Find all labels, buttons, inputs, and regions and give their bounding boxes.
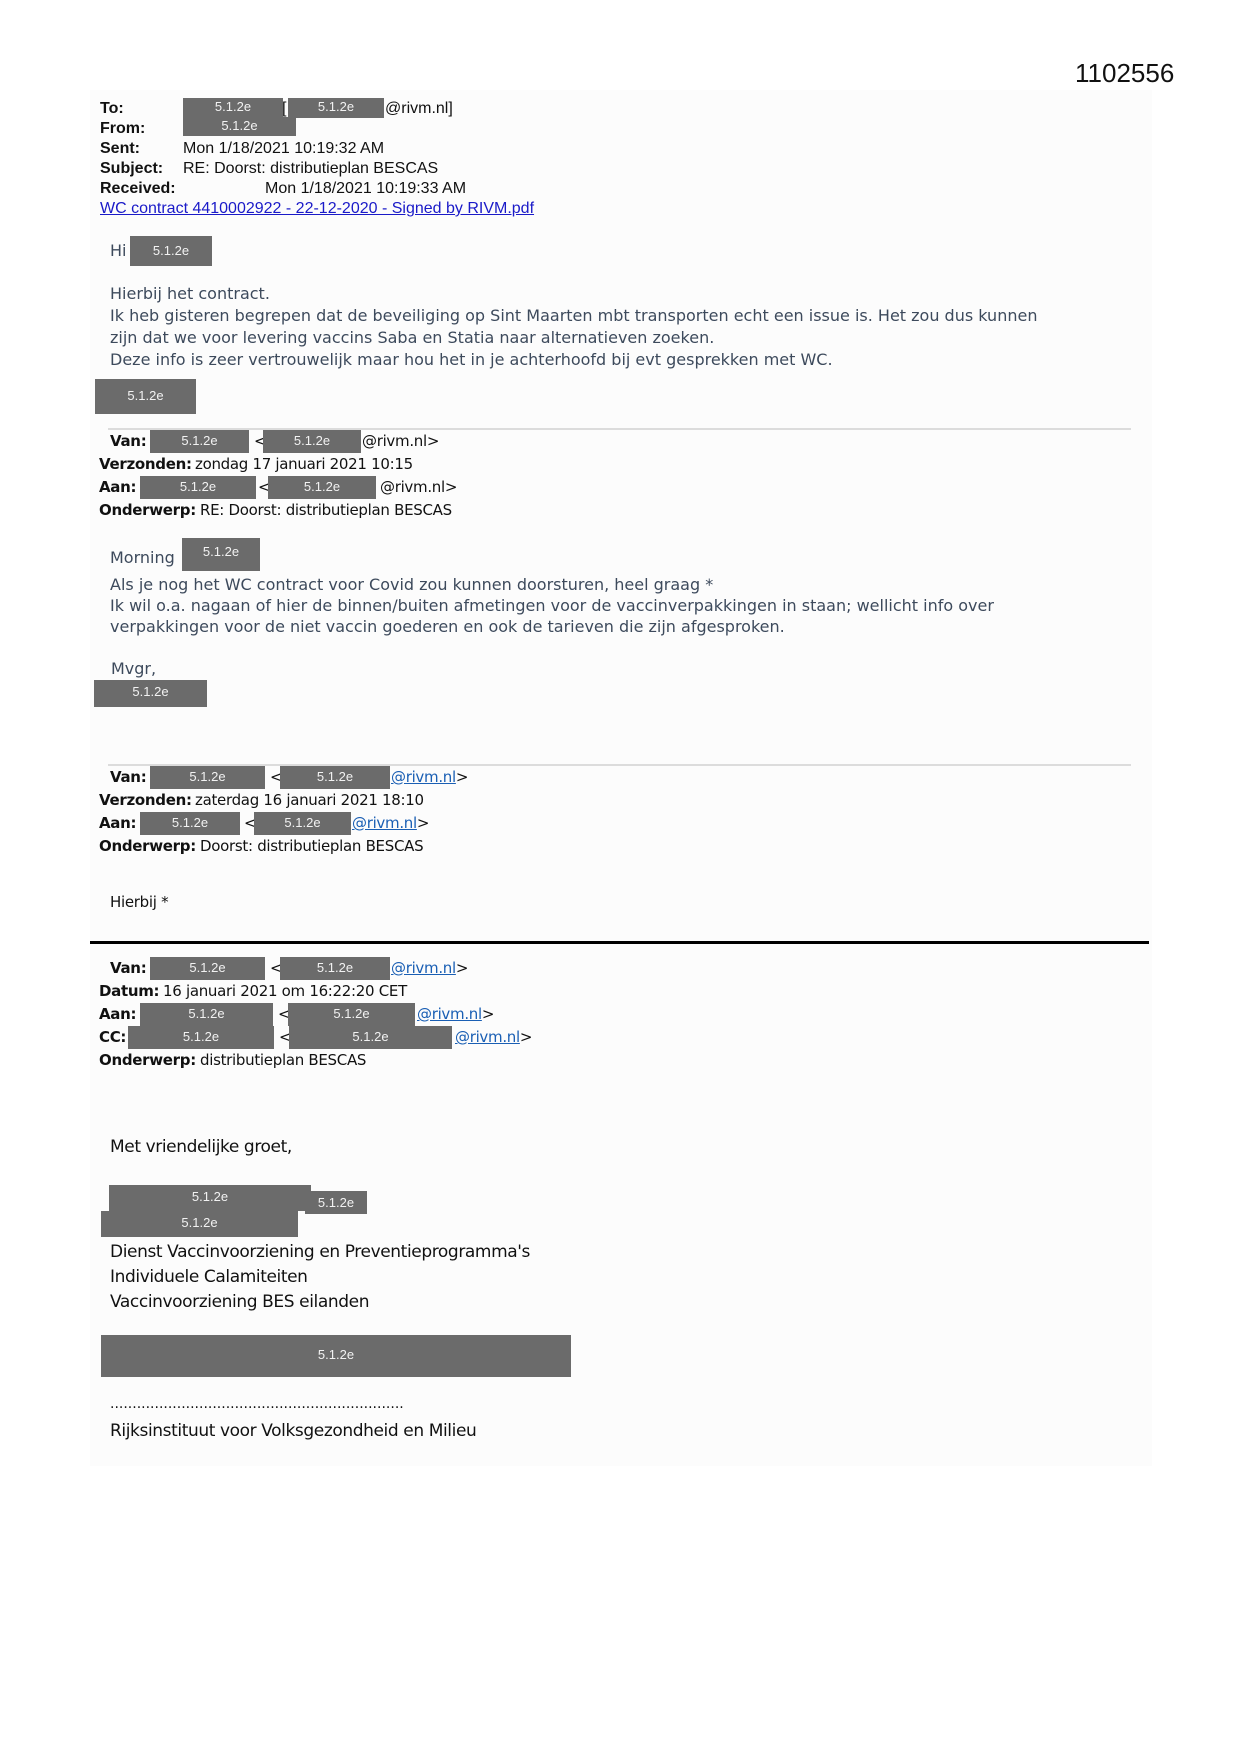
onderwerp-value: RE: Doorst: distributieplan BESCAS	[200, 501, 452, 519]
message-3-body: Hierbij *	[110, 893, 168, 911]
verzonden-value: zaterdag 16 januari 2021 18:10	[195, 791, 424, 809]
received-label: Received:	[100, 180, 176, 198]
aan-label: Aan:	[99, 478, 136, 496]
redaction: 5.1.2e	[288, 1003, 415, 1026]
onderwerp-value: distributieplan BESCAS	[200, 1051, 366, 1069]
subject-label: Subject:	[100, 160, 163, 178]
redaction: 5.1.2e	[183, 117, 296, 136]
cc-label: CC:	[99, 1028, 126, 1046]
redaction: 5.1.2e	[182, 538, 260, 571]
subject-value: RE: Doorst: distributieplan BESCAS	[183, 160, 438, 178]
redaction: 5.1.2e	[140, 1003, 273, 1026]
greeting: Morning	[110, 548, 175, 567]
from-label: From:	[100, 120, 145, 138]
greeting: Hi	[110, 241, 126, 260]
message-body: Als je nog het WC contract voor Covid zo…	[110, 574, 994, 637]
gt-sign: >	[456, 768, 468, 786]
closing: Met vriendelijke groet,	[110, 1137, 292, 1157]
body-line: Hierbij het contract.	[110, 283, 1037, 305]
redaction: 5.1.2e	[305, 1191, 367, 1214]
body-line: Ik wil o.a. nagaan of hier de binnen/bui…	[110, 595, 994, 616]
redaction: 5.1.2e	[268, 476, 376, 499]
message-body: Hierbij het contract. Ik heb gisteren be…	[110, 283, 1037, 371]
received-value: Mon 1/18/2021 10:19:33 AM	[265, 180, 466, 198]
onderwerp-value: Doorst: distributieplan BESCAS	[200, 837, 423, 855]
signature-lines: Dienst Vaccinvoorziening en Preventiepro…	[110, 1240, 530, 1315]
redaction: 5.1.2e	[101, 1211, 298, 1237]
redaction: 5.1.2e	[150, 957, 265, 980]
to-label: To:	[100, 100, 124, 118]
closing: Mvgr,	[111, 659, 156, 678]
email-address: @rivm.nl>	[417, 1005, 494, 1023]
email-link[interactable]: @rivm.nl	[391, 768, 456, 786]
redaction: 5.1.2e	[289, 1026, 452, 1049]
divider	[108, 428, 1131, 430]
email-address: @rivm.nl>	[455, 1028, 532, 1046]
aan-label: Aan:	[99, 814, 136, 832]
email-link[interactable]: @rivm.nl	[352, 814, 417, 832]
redaction: 5.1.2e	[183, 98, 283, 118]
attachment-link[interactable]: WC contract 4410002922 - 22-12-2020 - Si…	[100, 200, 534, 218]
onderwerp-label: Onderwerp:	[99, 1051, 196, 1069]
body-line: Ik heb gisteren begrepen dat de beveilig…	[110, 305, 1037, 327]
redaction: 5.1.2e	[288, 98, 384, 118]
email-address: @rivm.nl>	[391, 768, 468, 786]
redaction: 5.1.2e	[109, 1185, 311, 1211]
gt-sign: >	[482, 1005, 494, 1023]
organisation-name: Rijksinstituut voor Volksgezondheid en M…	[110, 1421, 476, 1441]
redaction: 5.1.2e	[150, 766, 265, 789]
onderwerp-label: Onderwerp:	[99, 501, 196, 519]
email-link[interactable]: @rivm.nl	[391, 959, 456, 977]
gt-sign: >	[520, 1028, 532, 1046]
body-line: Deze info is zeer vertrouwelijk maar hou…	[110, 349, 1037, 371]
verzonden-label: Verzonden:	[99, 455, 192, 473]
gt-sign: >	[456, 959, 468, 977]
body-line: Als je nog het WC contract voor Covid zo…	[110, 574, 994, 595]
to-email-suffix: @rivm.nl]	[385, 100, 453, 118]
redaction: 5.1.2e	[130, 236, 212, 266]
email-suffix: @rivm.nl>	[362, 432, 439, 450]
signature-redaction: 5.1.2e	[94, 680, 207, 707]
to-bracket: [	[282, 100, 286, 118]
email-link[interactable]: @rivm.nl	[417, 1005, 482, 1023]
redaction: 5.1.2e	[263, 430, 361, 453]
redaction: 5.1.2e	[254, 812, 351, 835]
email-address: @rivm.nl>	[391, 959, 468, 977]
thick-divider	[90, 941, 1149, 944]
signature-line: Individuele Calamiteiten	[110, 1265, 530, 1290]
redaction: 5.1.2e	[150, 430, 249, 453]
datum-value: 16 januari 2021 om 16:22:20 CET	[163, 982, 407, 1000]
onderwerp-label: Onderwerp:	[99, 837, 196, 855]
sent-value: Mon 1/18/2021 10:19:32 AM	[183, 140, 384, 158]
signature-line: Dienst Vaccinvoorziening en Preventiepro…	[110, 1240, 530, 1265]
aan-label: Aan:	[99, 1005, 136, 1023]
gt-sign: >	[417, 814, 429, 832]
document-number: 1102556	[1075, 58, 1174, 89]
van-label: Van:	[110, 432, 146, 450]
email-link[interactable]: @rivm.nl	[455, 1028, 520, 1046]
datum-label: Datum:	[99, 982, 159, 1000]
dotted-separator: ........................................…	[110, 1396, 404, 1412]
redaction: 5.1.2e	[140, 812, 240, 835]
verzonden-label: Verzonden:	[99, 791, 192, 809]
redaction: 5.1.2e	[128, 1026, 274, 1049]
body-line: zijn dat we voor levering vaccins Saba e…	[110, 327, 1037, 349]
van-label: Van:	[110, 768, 146, 786]
sent-label: Sent:	[100, 140, 140, 158]
body-line: verpakkingen voor de niet vaccin goedere…	[110, 616, 994, 637]
email-suffix: @rivm.nl>	[380, 478, 457, 496]
redaction: 5.1.2e	[140, 476, 256, 499]
contact-redaction: 5.1.2e	[101, 1335, 571, 1377]
signature-line: Vaccinvoorziening BES eilanden	[110, 1290, 530, 1315]
redaction: 5.1.2e	[280, 766, 390, 789]
signature-redaction: 5.1.2e	[95, 379, 196, 414]
van-label: Van:	[110, 959, 146, 977]
email-address: @rivm.nl>	[352, 814, 429, 832]
redaction: 5.1.2e	[280, 957, 390, 980]
verzonden-value: zondag 17 januari 2021 10:15	[195, 455, 413, 473]
